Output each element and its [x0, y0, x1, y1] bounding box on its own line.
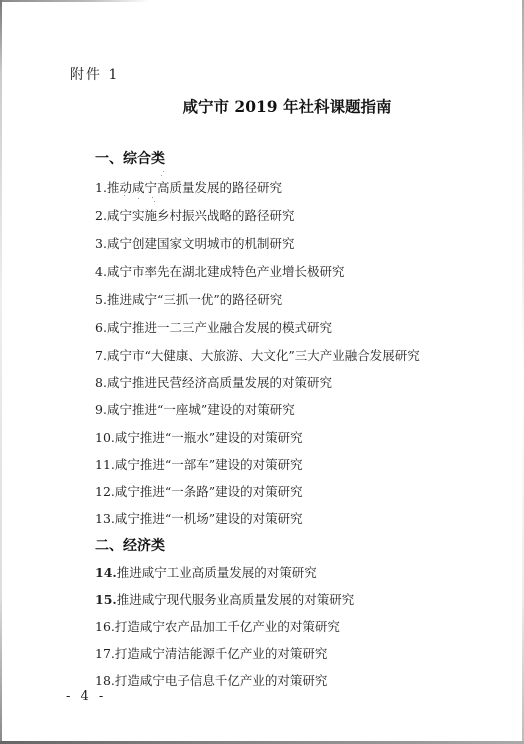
attachment-label: 附件 1 — [70, 64, 119, 84]
item-text: 打造咸宁清洁能源千亿产业的对策研究 — [115, 646, 328, 661]
item-text: 推进咸宁“三抓一优”的路径研究 — [107, 292, 282, 307]
item-number: 14. — [95, 565, 117, 580]
item-text: 咸宁市“大健康、大旅游、大文化”三大产业融合发展研究 — [107, 348, 420, 363]
list-item: 5.推进咸宁“三抓一优”的路径研究 — [95, 290, 282, 308]
list-item: 9.咸宁推进“一座城”建设的对策研究 — [95, 400, 295, 418]
list-item: 4.咸宁市率先在湖北建成特色产业增长极研究 — [95, 262, 344, 280]
list-item: 14.推进咸宁工业高质量发展的对策研究 — [95, 563, 317, 581]
list-item: 7.咸宁市“大健康、大旅游、大文化”三大产业融合发展研究 — [95, 346, 420, 364]
document-title: 咸宁市 2019 年社科课题指南 — [0, 95, 524, 117]
item-number: 17. — [95, 646, 115, 661]
item-text: 打造咸宁农产品加工千亿产业的对策研究 — [115, 619, 340, 634]
item-number: 15. — [95, 592, 117, 607]
scan-edge-top — [0, 0, 150, 2]
scan-speck — [138, 198, 139, 199]
item-text: 咸宁创建国家文明城市的机制研究 — [107, 236, 295, 251]
list-item: 8.咸宁推进民营经济高质量发展的对策研究 — [95, 373, 332, 391]
list-item: 3.咸宁创建国家文明城市的机制研究 — [95, 234, 294, 252]
scan-speck — [152, 197, 153, 198]
item-text: 咸宁推进“一瓶水”建设的对策研究 — [115, 430, 303, 445]
item-number: 6. — [95, 320, 107, 335]
item-number: 16. — [95, 619, 115, 634]
list-item: 11.咸宁推进“一部车”建设的对策研究 — [95, 455, 303, 473]
document-page: 附件 1 咸宁市 2019 年社科课题指南 一、综合类 1.推动咸宁高质量发展的… — [0, 0, 524, 744]
list-item: 13.咸宁推进“一机场”建设的对策研究 — [95, 509, 303, 527]
list-item: 6.咸宁推进一二三产业融合发展的模式研究 — [95, 318, 332, 336]
item-number: 11. — [95, 457, 115, 472]
scan-speck — [161, 175, 162, 176]
item-text: 打造咸宁电子信息千亿产业的对策研究 — [115, 673, 328, 688]
item-number: 12. — [95, 484, 115, 499]
item-text: 咸宁市率先在湖北建成特色产业增长极研究 — [107, 264, 345, 279]
item-text: 咸宁推进“一条路”建设的对策研究 — [115, 484, 303, 499]
item-number: 9. — [95, 402, 107, 417]
item-number: 4. — [95, 264, 107, 279]
item-text: 咸宁推进民营经济高质量发展的对策研究 — [107, 375, 332, 390]
item-number: 8. — [95, 375, 107, 390]
scan-speck — [154, 201, 155, 202]
item-text: 咸宁实施乡村振兴战略的路径研究 — [107, 208, 295, 223]
page-number: - 4 - — [66, 689, 106, 704]
item-text: 咸宁推进“一部车”建设的对策研究 — [115, 457, 303, 472]
item-text: 咸宁推进一二三产业融合发展的模式研究 — [107, 320, 332, 335]
list-item: 16.打造咸宁农产品加工千亿产业的对策研究 — [95, 617, 340, 635]
scan-speck — [124, 195, 125, 196]
item-number: 7. — [95, 348, 107, 363]
item-number: 3. — [95, 236, 107, 251]
item-text: 咸宁推进“一机场”建设的对策研究 — [115, 511, 303, 526]
item-number: 13. — [95, 511, 115, 526]
list-item: 18.打造咸宁电子信息千亿产业的对策研究 — [95, 671, 327, 689]
list-item: 10.咸宁推进“一瓶水”建设的对策研究 — [95, 428, 303, 446]
section-heading-general: 一、综合类 — [95, 148, 165, 168]
item-number: 5. — [95, 292, 107, 307]
item-text: 推进咸宁现代服务业高质量发展的对策研究 — [117, 592, 355, 607]
item-number: 2. — [95, 208, 107, 223]
list-item: 1.推动咸宁高质量发展的路径研究 — [95, 178, 282, 196]
item-text: 推动咸宁高质量发展的路径研究 — [107, 180, 282, 195]
section-heading-economy: 二、经济类 — [95, 535, 165, 555]
item-number: 10. — [95, 430, 115, 445]
list-item: 2.咸宁实施乡村振兴战略的路径研究 — [95, 206, 294, 224]
list-item: 15.推进咸宁现代服务业高质量发展的对策研究 — [95, 590, 354, 608]
item-text: 推进咸宁工业高质量发展的对策研究 — [117, 565, 317, 580]
list-item: 12.咸宁推进“一条路”建设的对策研究 — [95, 482, 303, 500]
item-text: 咸宁推进“一座城”建设的对策研究 — [107, 402, 295, 417]
list-item: 17.打造咸宁清洁能源千亿产业的对策研究 — [95, 644, 327, 662]
scan-speck — [163, 171, 164, 172]
item-number: 1. — [95, 180, 107, 195]
item-number: 18. — [95, 673, 115, 688]
